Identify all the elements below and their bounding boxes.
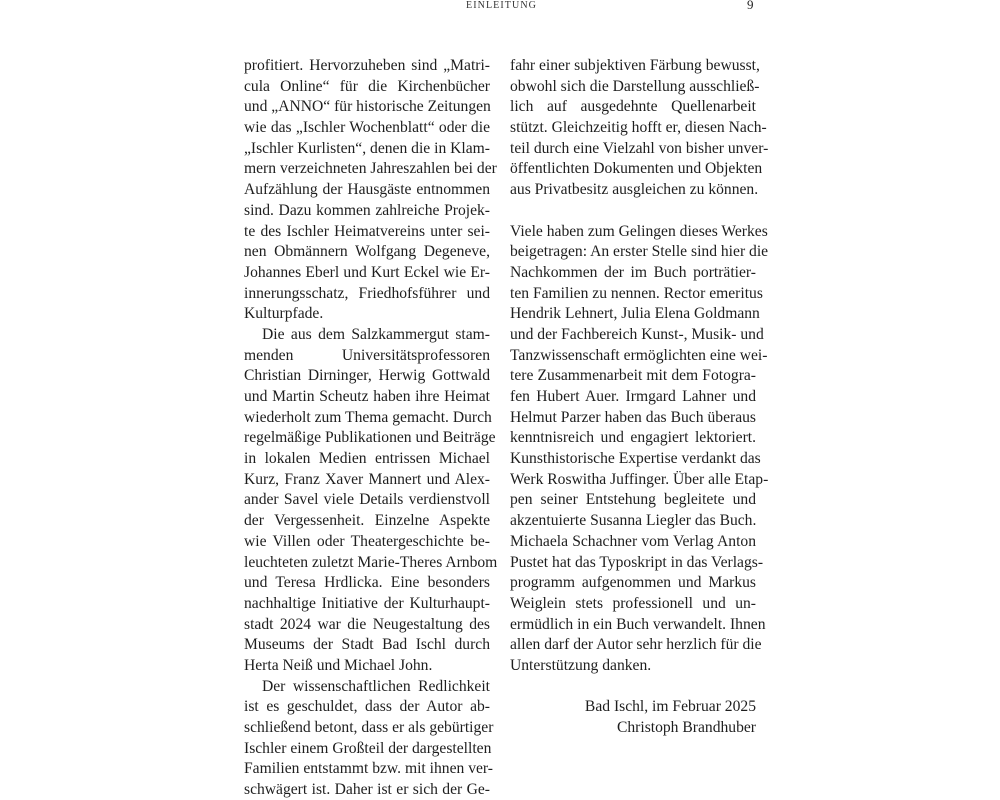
text-line: obwohl sich die Darstellung ausschließ- [510,77,756,98]
text-line: pen seiner Entstehung begleitete und [510,490,756,511]
text-line: wie Villen oder Theatergeschichte be- [244,532,490,553]
text-line: Werk Roswitha Juffinger. Über alle Etap- [510,470,756,491]
text-line: Christian Dirninger, Herwig Gottwald [244,366,490,387]
text-line: cula Online“ für die Kirchenbücher [244,77,490,98]
text-line: lich auf ausgedehnte Quellenarbeit [510,97,756,118]
text-line: fahr einer subjektiven Färbung bewusst, [510,56,756,77]
text-line: Museums der Stadt Bad Ischl durch [244,635,490,656]
text-line: und der Fachbereich Kunst-, Musik- und [510,325,756,346]
text-line: und „ANNO“ für historische Zeitungen [244,97,490,118]
paragraph: profitiert. Hervorzuheben sind „Matri-cu… [244,56,490,325]
text-line: stützt. Gleichzeitig hofft er, diesen Na… [510,118,756,139]
running-head: EINLEITUNG 9 [0,0,1000,14]
text-line: Der wissenschaftlichen Redlichkeit [244,677,490,698]
text-line: „Ischler Kurlisten“, denen die in Klam- [244,139,490,160]
text-line: teil durch eine Vielzahl von bisher unve… [510,139,756,160]
text-line: ten Familien zu nennen. Rector emeritus [510,284,756,305]
right-column: fahr einer subjektiven Färbung bewusst,o… [510,56,756,739]
paragraph: Die aus dem Salzkammergut stam-menden Un… [244,325,490,677]
text-line: innerungsschatz, Friedhofsführer und [244,284,490,305]
text-line: und Teresa Hrdlicka. Eine besonders [244,573,490,594]
text-line: Ischler einem Großteil der dargestellten [244,739,490,760]
text-line: öffentlichten Dokumenten und Objekten [510,159,756,180]
text-line: programm aufgenommen und Markus [510,573,756,594]
text-line: Kurz, Franz Xaver Mannert und Alex- [244,470,490,491]
text-line: der Vergessenheit. Einzelne Aspekte [244,511,490,532]
text-line: mern verzeichneten Jahreszahlen bei der [244,159,490,180]
signature-block: Bad Ischl, im Februar 2025 Christoph Bra… [510,697,756,738]
text-line: Johannes Eberl und Kurt Eckel wie Er- [244,263,490,284]
text-line: beigetragen: An erster Stelle sind hier … [510,242,756,263]
text-line: ist es geschuldet, dass der Autor ab- [244,697,490,718]
paragraph: Viele haben zum Gelingen dieses Werkesbe… [510,222,756,677]
paragraph: Der wissenschaftlichen Redlichkeitist es… [244,677,490,800]
text-line: fen Hubert Auer. Irmgard Lahner und [510,387,756,408]
text-line: profitiert. Hervorzuheben sind „Matri- [244,56,490,77]
text-line: nachhaltige Initiative der Kulturhaupt- [244,594,490,615]
text-line: Viele haben zum Gelingen dieses Werkes [510,222,756,243]
text-line: Die aus dem Salzkammergut stam- [244,325,490,346]
text-line: tere Zusammenarbeit mit dem Fotogra- [510,366,756,387]
text-line: aus Privatbesitz ausgleichen zu können. [510,180,756,201]
text-line: Familien entstammt bzw. mit ihnen ver- [244,759,490,780]
text-line: Kunsthistorische Expertise verdankt das [510,449,756,470]
text-line: sind. Dazu kommen zahlreiche Projek- [244,201,490,222]
text-line: ermüdlich in ein Buch verwandelt. Ihnen [510,615,756,636]
text-line: kenntnisreich und engagiert lektoriert. [510,428,756,449]
text-line: Michaela Schachner vom Verlag Anton [510,532,756,553]
text-line: schließend betont, dass er als gebürtige… [244,718,490,739]
text-line: menden Universitätsprofessoren [244,346,490,367]
text-line: ander Savel viele Details verdienstvoll [244,490,490,511]
text-line: und Martin Scheutz haben ihre Heimat [244,387,490,408]
text-line: schwägert ist. Daher ist er sich der Ge- [244,780,490,800]
signature-author: Christoph Brandhuber [510,718,756,739]
text-line: Nachkommen der im Buch porträtier- [510,263,756,284]
left-column: profitiert. Hervorzuheben sind „Matri-cu… [244,56,490,800]
text-line: wiederholt zum Thema gemacht. Durch [244,408,490,429]
text-line: wie das „Ischler Wochenblatt“ oder die [244,118,490,139]
text-line: Kulturpfade. [244,304,490,325]
text-line: stadt 2024 war die Neugestaltung des [244,615,490,636]
paragraph-gap [510,677,756,698]
text-line: allen darf der Autor sehr herzlich für d… [510,635,756,656]
text-line: akzentuierte Susanna Liegler das Buch. [510,511,756,532]
text-line: regelmäßige Publikationen und Beiträge [244,428,490,449]
text-line: Tanzwissenschaft ermöglichten eine wei- [510,346,756,367]
text-line: Unterstützung danken. [510,656,756,677]
text-line: Herta Neiß und Michael John. [244,656,490,677]
paragraph: fahr einer subjektiven Färbung bewusst,o… [510,56,756,201]
signature-place-date: Bad Ischl, im Februar 2025 [510,697,756,718]
text-line: in lokalen Medien entrissen Michael [244,449,490,470]
paragraph-gap [510,201,756,222]
text-line: Helmut Parzer haben das Buch überaus [510,408,756,429]
text-line: leuchteten zuletzt Marie-Theres Arnbom [244,553,490,574]
text-line: te des Ischler Heimatvereins unter sei- [244,222,490,243]
text-line: Aufzählung der Hausgäste entnommen [244,180,490,201]
text-line: Weiglein stets professionell und un- [510,594,756,615]
text-line: nen Obmännern Wolfgang Degeneve, [244,242,490,263]
page-number: 9 [747,0,754,12]
text-line: Pustet hat das Typoskript in das Verlags… [510,553,756,574]
running-title: EINLEITUNG [466,0,537,12]
text-line: Hendrik Lehnert, Julia Elena Goldmann [510,304,756,325]
